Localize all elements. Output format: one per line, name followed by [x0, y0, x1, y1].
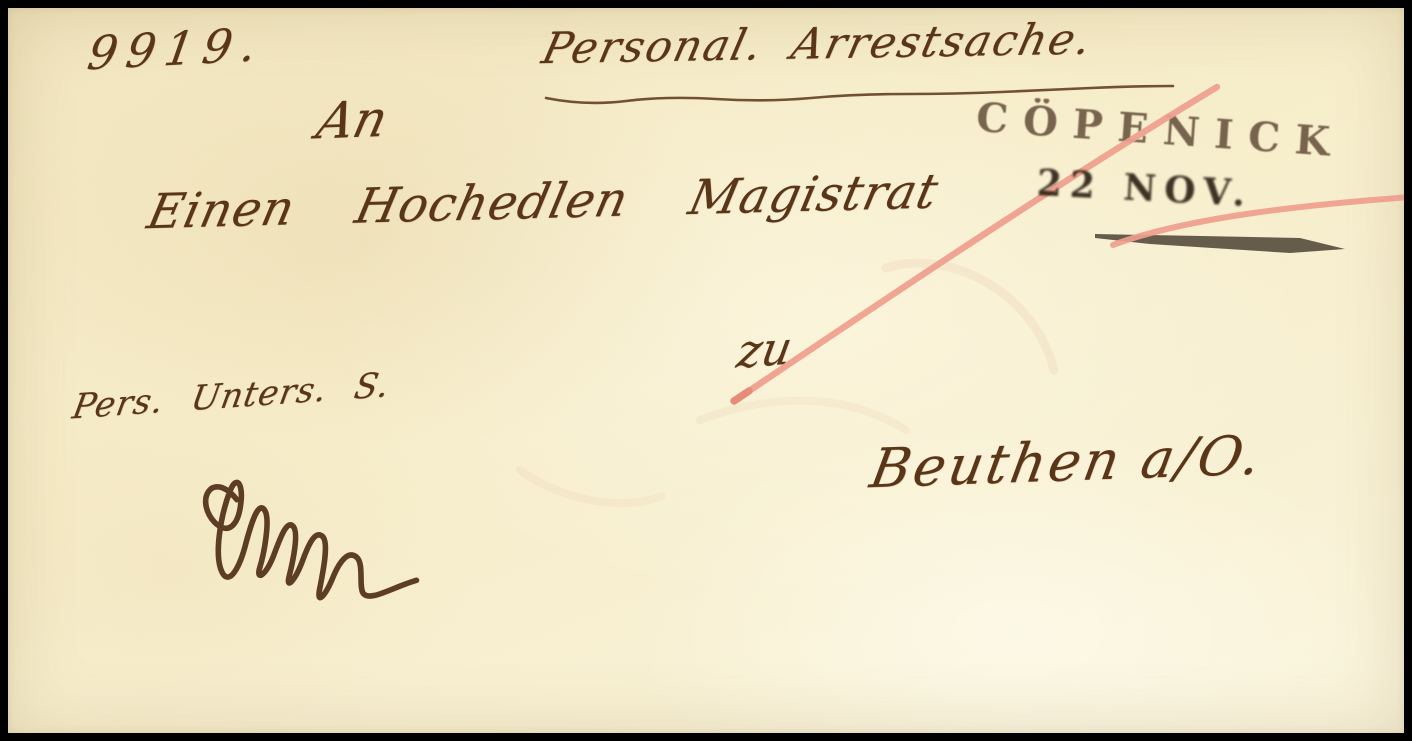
subject-line: Personal. Arrestsache. — [538, 18, 1097, 71]
signature-flourish-icon — [192, 456, 442, 621]
destination: Beuthen a/O. — [866, 428, 1267, 496]
cover-scan: 9919. Personal. Arrestsache. An Einen Ho… — [0, 0, 1412, 741]
preposition: zu — [734, 324, 796, 374]
docket-number: 9919. — [85, 21, 269, 77]
salutation: An — [312, 94, 392, 147]
